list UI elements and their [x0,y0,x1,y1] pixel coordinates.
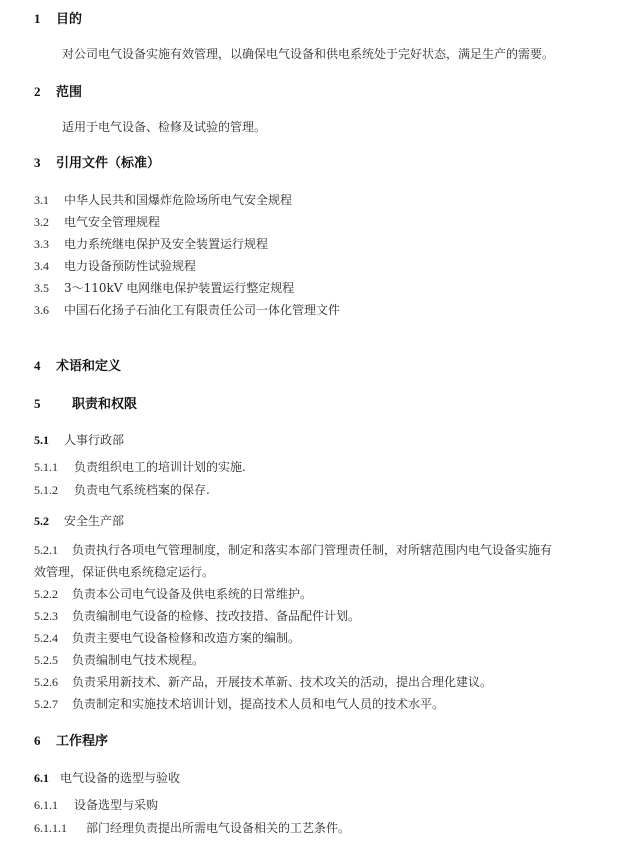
list-item-continuation: 效管理，保证供电系统稳定运行。 [34,564,214,580]
heading-number: 4 [34,358,56,374]
list-item: 5.2.4负责主要电气设备检修和改造方案的编制。 [34,630,300,646]
subheading-number: 6.1 [34,770,60,786]
item-text: 电力系统继电保护及安全装置运行规程 [64,237,268,251]
heading-number: 5 [34,396,72,412]
list-item: 6.1.1设备选型与采购 [34,797,158,813]
heading-title: 范围 [56,85,82,100]
item-text: 负责主要电气设备检修和改造方案的编制。 [72,631,300,645]
item-text: 中国石化扬子石油化工有限责任公司一体化管理文件 [64,303,340,317]
item-text: 设备选型与采购 [74,798,158,812]
item-text: 3～110kV 电网继电保护装置运行整定规程 [64,281,294,295]
list-item: 5.1.2负责电气系统档案的保存. [34,482,210,498]
list-item: 5.2.2负责本公司电气设备及供电系统的日常维护。 [34,586,312,602]
list-item: 3.2电气安全管理规程 [34,214,160,230]
subheading-number: 5.1 [34,432,64,448]
heading-title: 引用文件（标准） [56,156,160,171]
heading-1: 1目的 [34,11,82,28]
heading-4: 4术语和定义 [34,358,121,375]
subheading-number: 5.2 [34,513,64,529]
heading-number: 1 [34,11,56,27]
item-number: 5.2.3 [34,608,72,624]
heading-title: 目的 [56,12,82,27]
item-number: 3.6 [34,302,64,318]
heading-title: 术语和定义 [56,359,121,374]
list-item: 5.2.3负责编制电气设备的检修、技改技措、备品配件计划。 [34,608,360,624]
item-number: 6.1.1 [34,797,74,813]
heading-6: 6工作程序 [34,733,108,750]
item-text: 负责制定和实施技术培训计划，提高技术人员和电气人员的技术水平。 [72,697,444,711]
item-number: 5.2.4 [34,630,72,646]
item-number: 5.2.1 [34,542,72,558]
item-text: 负责本公司电气设备及供电系统的日常维护。 [72,587,312,601]
item-text: 负责电气系统档案的保存. [74,483,210,497]
item-number: 5.1.1 [34,459,74,475]
subheading-title: 安全生产部 [64,514,124,528]
heading-3: 3引用文件（标准） [34,155,160,172]
list-item: 5.2.7负责制定和实施技术培训计划，提高技术人员和电气人员的技术水平。 [34,696,444,712]
list-item: 3.4电力设备预防性试验规程 [34,258,196,274]
item-text: 负责执行各项电气管理制度，制定和落实本部门管理责任制，对所辖范围内电气设备实施有 [72,543,552,557]
list-item: 3.6中国石化扬子石油化工有限责任公司一体化管理文件 [34,302,340,318]
paragraph-purpose: 对公司电气设备实施有效管理，以确保电气设备和供电系统处于完好状态，满足生产的需要… [62,46,554,62]
item-number: 6.1.1.1 [34,820,86,836]
item-number: 3.2 [34,214,64,230]
item-text: 部门经理负责提出所需电气设备相关的工艺条件。 [86,821,350,835]
item-number: 3.4 [34,258,64,274]
item-text: 负责组织电工的培训计划的实施. [74,460,246,474]
item-number: 5.2.7 [34,696,72,712]
heading-title: 职责和权限 [72,397,137,412]
list-item: 5.2.1负责执行各项电气管理制度，制定和落实本部门管理责任制，对所辖范围内电气… [34,542,552,558]
heading-title: 工作程序 [56,734,108,749]
item-number: 5.2.2 [34,586,72,602]
list-item: 3.3电力系统继电保护及安全装置运行规程 [34,236,268,252]
list-item: 5.2.6负责采用新技术、新产品，开展技术革新、技术攻关的活动，提出合理化建议。 [34,674,492,690]
subheading-5-1: 5.1人事行政部 [34,432,124,448]
item-number: 5.2.5 [34,652,72,668]
item-number: 5.1.2 [34,482,74,498]
paragraph-scope: 适用于电气设备、检修及试验的管理。 [62,119,266,135]
item-text: 负责编制电气设备的检修、技改技措、备品配件计划。 [72,609,360,623]
item-text: 电气安全管理规程 [64,215,160,229]
list-item: 5.1.1负责组织电工的培训计划的实施. [34,459,246,475]
item-text: 中华人民共和国爆炸危险场所电气安全规程 [64,193,292,207]
subheading-title: 电气设备的选型与验收 [60,771,180,785]
subheading-title: 人事行政部 [64,433,124,447]
heading-5: 5职责和权限 [34,396,137,413]
item-number: 5.2.6 [34,674,72,690]
heading-2: 2范围 [34,84,82,101]
list-item: 3.1中华人民共和国爆炸危险场所电气安全规程 [34,192,292,208]
heading-number: 6 [34,733,56,749]
subheading-5-2: 5.2安全生产部 [34,513,124,529]
item-number: 3.1 [34,192,64,208]
item-text: 负责编制电气技术规程。 [72,653,204,667]
item-number: 3.3 [34,236,64,252]
list-item: 3.53～110kV 电网继电保护装置运行整定规程 [34,280,294,296]
subheading-6-1: 6.1电气设备的选型与验收 [34,770,180,786]
heading-number: 3 [34,155,56,171]
item-text: 负责采用新技术、新产品，开展技术革新、技术攻关的活动，提出合理化建议。 [72,675,492,689]
list-item: 6.1.1.1部门经理负责提出所需电气设备相关的工艺条件。 [34,820,350,836]
item-text: 电力设备预防性试验规程 [64,259,196,273]
list-item: 5.2.5负责编制电气技术规程。 [34,652,204,668]
item-number: 3.5 [34,280,64,296]
heading-number: 2 [34,84,56,100]
